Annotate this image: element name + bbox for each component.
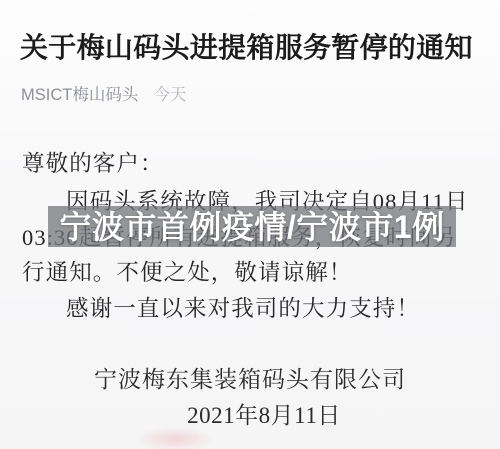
body-line-thanks: 感谢一直以来对我司的大力支持！ <box>22 291 420 323</box>
body-line-3: 行通知。不便之处，敬请谅解！ <box>22 255 352 287</box>
watermark-smudge <box>135 427 215 449</box>
meta-publish-time: 今天 <box>153 81 186 105</box>
video-caption-overlay: 宁波市首例疫情/宁波市1例 <box>48 206 456 247</box>
overlay-caption-text: 宁波市首例疫情/宁波市1例 <box>59 202 444 248</box>
notice-date: 2021年8月11日 <box>0 397 500 430</box>
body-line-salutation: 尊敬的客户： <box>22 146 164 178</box>
page-title: 关于梅山码头进提箱服务暂停的通知 <box>20 26 490 66</box>
notice-article: 关于梅山码头进提箱服务暂停的通知 MSICT梅山码头 今天 尊敬的客户： 因码头… <box>0 0 500 449</box>
meta-source-account[interactable]: MSICT梅山码头 <box>21 81 138 105</box>
article-meta: MSICT梅山码头 今天 <box>21 81 186 105</box>
company-signature: 宁波梅东集装箱码头有限公司 <box>0 361 500 394</box>
